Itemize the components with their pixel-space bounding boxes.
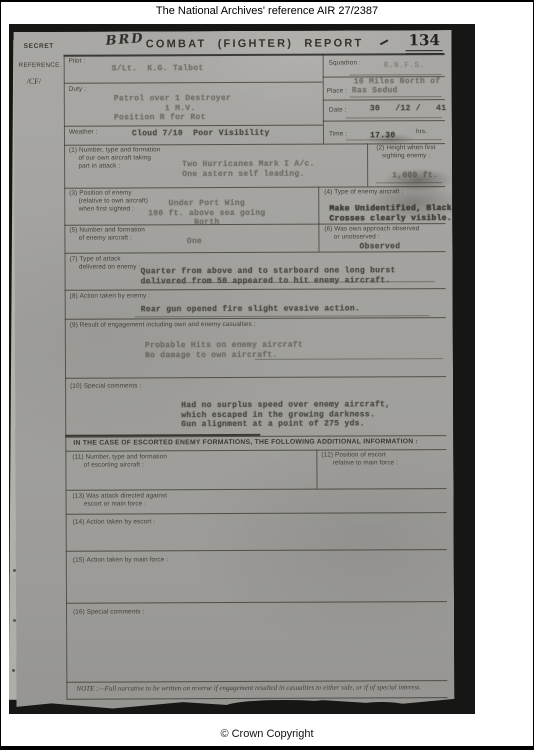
- document-scan: SECRET REFERENCE. /CF/ BRD COMBAT (FIGHT…: [9, 24, 475, 714]
- rule: [65, 376, 446, 379]
- page: The National Archives' reference AIR 27/…: [0, 0, 534, 750]
- section-8-label: (8) Action taken by enemy :: [70, 292, 151, 300]
- rule: [66, 697, 447, 700]
- section-3-value: Under Port Wing 100 ft. above sea going …: [114, 199, 299, 228]
- pilot-label: Pilot :: [69, 58, 86, 66]
- entry-line: [350, 96, 442, 97]
- section-13-label: (13) Was attack directed against escort …: [73, 492, 168, 508]
- rule: [316, 450, 317, 489]
- pen-tick-mark: [380, 39, 389, 45]
- section-7-value: Quarter from above and to starboard one …: [141, 266, 396, 286]
- edge-mark: [13, 569, 16, 572]
- crown-copyright: © Crown Copyright: [1, 728, 533, 740]
- rule: [323, 120, 445, 122]
- section-10-value: Had no surplus speed over enemy aircraft…: [181, 400, 390, 429]
- note-text: NOTE :—Full narrative to be written on r…: [76, 683, 421, 693]
- weather-label: Weather :: [69, 129, 98, 137]
- squadron-label: Squadron :: [329, 59, 361, 67]
- section-9-label: (9) Result of engagement including own a…: [70, 321, 256, 330]
- section-6-value: Observed: [359, 242, 400, 252]
- edge-mark: [13, 619, 16, 622]
- torn-edge: [354, 702, 409, 712]
- rule: [66, 549, 447, 552]
- paper: SECRET REFERENCE. /CF/ BRD COMBAT (FIGHT…: [14, 30, 455, 709]
- weather-value: Cloud 7/10 Poor Visibility: [132, 129, 270, 139]
- rule: [64, 125, 323, 127]
- form-title: COMBAT (FIGHTER) REPORT: [146, 37, 364, 50]
- place-label: Place :: [327, 88, 347, 96]
- rule: [65, 317, 446, 320]
- squadron-value: R.N.F.S.: [384, 61, 425, 71]
- section-1-label: (1) Number, type and formation of our ow…: [69, 146, 161, 170]
- time-label: Time :: [329, 131, 347, 139]
- rule: [64, 82, 323, 84]
- rule: [367, 143, 368, 186]
- handwritten-mark: BRD: [105, 31, 145, 49]
- section-11-label: (11) Number, type and formation of escor…: [72, 453, 167, 469]
- time-unit-label: hrs.: [416, 128, 427, 136]
- page-number-stamp: 134: [406, 31, 443, 54]
- rule: [66, 601, 447, 604]
- rule: [66, 512, 447, 515]
- pilot-value: S/Lt. K.G. Talbot: [112, 64, 204, 74]
- torn-edge: [224, 700, 344, 714]
- archive-reference-header: The National Archives' reference AIR 27/…: [1, 5, 533, 17]
- section-6-label: (6) Was own approach observed or unobser…: [324, 225, 419, 241]
- section-9-value: Probable Hits on enemy aircraft No damag…: [145, 341, 303, 361]
- section-1-value: Two Hurricanes Mark I A/c. One astern se…: [182, 160, 315, 180]
- section-8-value: Rear gun opened fire slight evasive acti…: [141, 304, 360, 314]
- ink-smudge: [366, 182, 461, 222]
- section-5-value: One: [109, 237, 279, 247]
- date-label: Date :: [329, 107, 347, 115]
- section-12-label: (12) Position of escort relative to main…: [321, 451, 398, 467]
- section-10-label: (10) Special comments :: [70, 382, 141, 390]
- escort-band-header: IN THE CASE OF ESCORTED ENEMY FORMATIONS…: [73, 438, 418, 447]
- section-7-label: (7) Type of attack delivered on enemy :: [70, 255, 141, 271]
- rule: [65, 288, 446, 291]
- duty-label: Duty :: [69, 86, 86, 94]
- section-16-label: (16) Special comments :: [73, 608, 144, 616]
- section-2-label: (2) Height when first sighting enemy :: [370, 144, 442, 160]
- reference-label: REFERENCE.: [19, 62, 62, 69]
- duty-value: Patrol over 1 Destroyer 1 M.V. Position …: [114, 94, 231, 123]
- rule: [318, 187, 319, 252]
- place-value-line2: Ras Sedud: [352, 86, 398, 96]
- section-15-label: (15) Action taken by main force :: [73, 556, 168, 564]
- rule: [323, 99, 445, 101]
- rule: [64, 53, 445, 57]
- edge-mark: [12, 669, 15, 672]
- reference-cf-label: /CF/: [27, 77, 41, 86]
- rule: [323, 54, 324, 144]
- section-14-label: (14) Action taken by escort :: [73, 518, 156, 526]
- entry-line: [346, 117, 442, 118]
- date-value: 30 /12 / 41: [370, 104, 447, 114]
- rule: [66, 488, 447, 491]
- secret-label: SECRET: [24, 43, 54, 50]
